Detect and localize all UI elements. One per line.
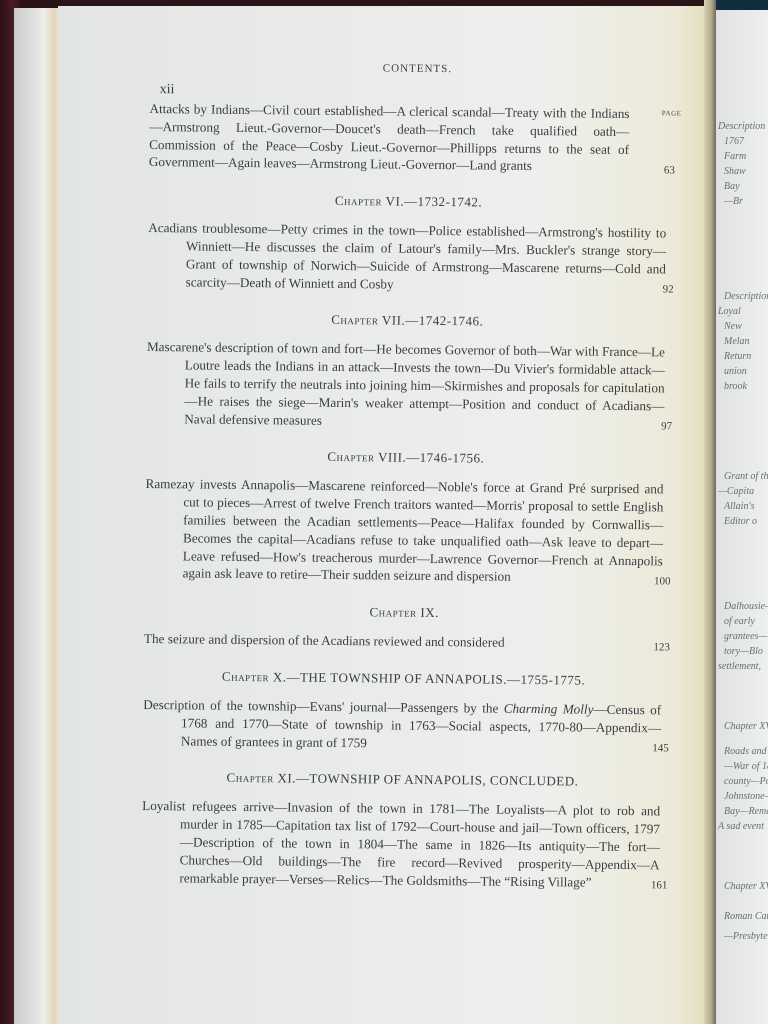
chapter-entry-x: Description of the township—Evans' journ… bbox=[143, 696, 664, 755]
chapter-entry-vii: Mascarene's description of town and fort… bbox=[146, 338, 667, 432]
facing-page-fragment: Melan bbox=[724, 335, 750, 348]
facing-page-fragment: settlement, bbox=[718, 660, 761, 673]
entry-page-number: 145 bbox=[652, 743, 669, 755]
facing-page-fragment: county—Pol bbox=[724, 775, 768, 788]
facing-page-fragment: 1767 bbox=[724, 135, 744, 148]
facing-page-fragment: brook bbox=[724, 380, 747, 393]
facing-page-fragment: Chapter XVII. bbox=[724, 880, 768, 893]
facing-page-fragment: Grant of the bbox=[724, 470, 768, 483]
facing-page-fragment: Dalhousie—Lota bbox=[724, 600, 768, 613]
facing-page-fragment: —Br bbox=[724, 195, 743, 208]
page-number-folio: xii bbox=[160, 82, 175, 98]
chapter-heading-vi: Chapter VI.—1732-1742. bbox=[148, 191, 668, 212]
facing-page-fragment: of early bbox=[724, 615, 755, 628]
entry-page-number: 123 bbox=[653, 641, 670, 653]
facing-page-fragment: Description bbox=[724, 290, 768, 303]
facing-page-fragment: tory—Blo bbox=[724, 645, 763, 658]
facing-page-fragment: grantees— bbox=[724, 630, 767, 643]
chapter-entry-xi: Loyalist refugees arrive—Invasion of the… bbox=[141, 797, 662, 891]
facing-page-fragment: Loyal bbox=[718, 305, 741, 318]
facing-page-fragment: —Capita bbox=[718, 485, 754, 498]
facing-page-fragment: Johnstone—T bbox=[724, 790, 768, 803]
facing-page-fragment: Shaw bbox=[724, 165, 746, 178]
contents-text-block: CONTENTS. xii PAGE Attacks by Indians—Ci… bbox=[141, 60, 670, 892]
entry-page-number: 92 bbox=[663, 284, 674, 296]
facing-page-fragment: Roads and bridges bbox=[724, 745, 768, 758]
entry-page-number: 161 bbox=[651, 880, 668, 892]
facing-page-fragment: Allain's bbox=[724, 500, 754, 513]
facing-page: Description1767FarmShawBay—BrDescription… bbox=[716, 10, 768, 1024]
chapter-heading-x: Chapter X.—THE TOWNSHIP OF ANNAPOLIS.—17… bbox=[143, 668, 663, 689]
ship-name-italic: Charming Molly bbox=[504, 701, 594, 717]
facing-page-fragment: Roman Catholic—Chu bbox=[724, 910, 768, 923]
facing-page-fragment: Return bbox=[724, 350, 751, 363]
facing-page-fragment: Farm bbox=[724, 150, 746, 163]
entry-summary: Loyalist refugees arrive—Invasion of the… bbox=[141, 797, 660, 891]
entry-page-number: 100 bbox=[654, 575, 671, 587]
chapter-entry-viii: Ramezay invests Annapolis—Mascarene rein… bbox=[145, 475, 666, 587]
facing-page-fragment: —Presbyterian bbox=[724, 930, 768, 943]
entry-summary: Description of the township—Evans' journ… bbox=[143, 696, 662, 755]
chapter-heading-viii: Chapter VIII.—1746-1756. bbox=[146, 447, 666, 468]
chapter-heading-vii: Chapter VII.—1742-1746. bbox=[147, 310, 667, 331]
entry-summary: Attacks by Indians—Civil court establish… bbox=[149, 100, 630, 176]
entry-page-number: 63 bbox=[664, 165, 675, 177]
facing-page-fragment: New bbox=[724, 320, 742, 333]
facing-page-fragment: Description bbox=[718, 120, 765, 133]
facing-page-fragment: Bay bbox=[724, 180, 740, 193]
continued-entry: Attacks by Indians—Civil court establish… bbox=[149, 100, 670, 177]
facing-page-fragment: Bay—Remark bbox=[724, 805, 768, 818]
chapter-heading-xi: Chapter XI.—TOWNSHIP OF ANNAPOLIS, CONCL… bbox=[142, 769, 662, 790]
entry-summary: Acadians troublesome—Petty crimes in the… bbox=[148, 219, 667, 296]
page-stack-edges bbox=[14, 8, 64, 1024]
entry-page-number: 97 bbox=[661, 421, 672, 433]
chapter-entry-ix: The seizure and dispersion of the Acadia… bbox=[144, 630, 664, 653]
facing-page-fragment: A sad event bbox=[718, 820, 764, 833]
entry-summary: Ramezay invests Annapolis—Mascarene rein… bbox=[145, 475, 664, 587]
facing-page-fragment: —War of 18 bbox=[724, 760, 768, 773]
facing-page-fragment: Chapter XVI. bbox=[724, 720, 768, 733]
entry-summary: Mascarene's description of town and fort… bbox=[146, 338, 665, 432]
facing-page-fragment: Editor o bbox=[724, 515, 757, 528]
facing-page-fragment: union bbox=[724, 365, 747, 378]
chapter-heading-ix: Chapter IX. bbox=[144, 602, 664, 623]
chapter-entry-vi: Acadians troublesome—Petty crimes in the… bbox=[148, 219, 669, 296]
entry-summary: The seizure and dispersion of the Acadia… bbox=[144, 630, 662, 653]
